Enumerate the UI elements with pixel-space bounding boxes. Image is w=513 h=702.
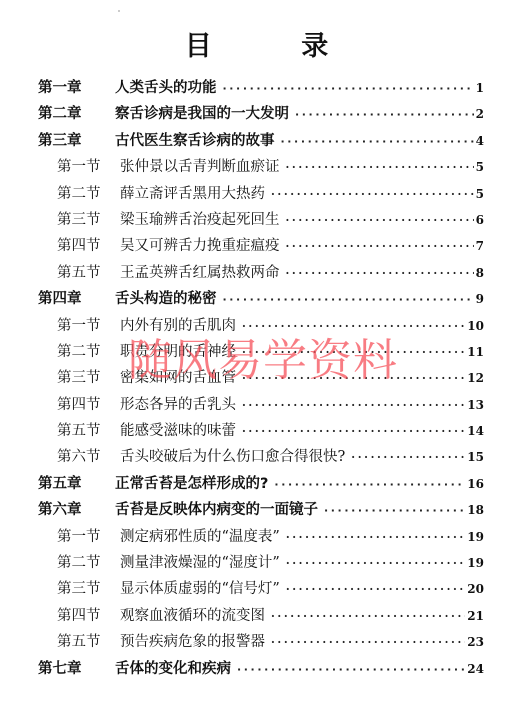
entry-title: 王孟英辨舌红属热救两命 [120,261,280,282]
entry-number: 第一节 [57,525,120,546]
dot-leader [242,425,465,438]
dot-leader [223,82,474,95]
page-number: 9 [476,292,484,306]
table-of-contents: 第一章人类舌头的功能1第二章察舌诊病是我国的一大发明2第三章古代医生察舌诊病的故… [38,76,484,683]
page-number: 4 [476,134,484,148]
toc-chapter-entry[interactable]: 第一章人类舌头的功能1 [38,76,484,102]
dot-leader [274,478,465,491]
entry-title: 舌头咬破后为什么伤口愈合得很快? [120,445,345,466]
page-number: 18 [467,503,484,517]
dot-leader [271,636,465,649]
entry-number: 第四章 [38,287,115,308]
page-number: 5 [476,160,484,174]
page-number: 19 [467,530,484,544]
toc-chapter-entry[interactable]: 第四章舌头构造的秘密9 [38,287,484,313]
page-number: 13 [467,398,484,412]
page-number: 16 [467,477,484,491]
entry-title: 舌苔是反映体内病变的一面镜子 [115,498,318,519]
entry-title: 薛立斋评舌黑用大热药 [120,182,265,203]
dot-leader [271,610,465,623]
page-number: 21 [467,609,484,623]
toc-section-entry[interactable]: 第二节职责分明的舌神经11 [38,340,484,366]
dot-leader [286,583,465,596]
dot-leader [237,663,465,676]
dot-leader [271,188,474,201]
dot-leader [286,240,474,253]
toc-section-entry[interactable]: 第三节梁玉瑜辨舌治疫起死回生6 [38,208,484,234]
entry-number: 第一章 [38,76,115,97]
entry-title: 观察血液循环的流变图 [120,604,265,625]
entry-number: 第五节 [57,630,120,651]
page-number: 2 [476,107,484,121]
toc-section-entry[interactable]: 第四节观察血液循环的流变图21 [38,604,484,630]
toc-section-entry[interactable]: 第六节舌头咬破后为什么伤口愈合得很快?15 [38,445,484,471]
entry-title: 张仲景以舌青判断血瘀证 [120,155,280,176]
entry-number: 第五节 [57,419,120,440]
entry-number: 第七章 [38,657,115,678]
toc-section-entry[interactable]: 第四节形态各异的舌乳头13 [38,393,484,419]
dot-leader [286,214,474,227]
entry-number: 第二节 [57,551,120,572]
page-number: 6 [476,213,484,227]
dot-leader [286,531,465,544]
entry-title: 测定病邪性质的“温度表” [120,525,280,546]
page-number: 1 [476,81,484,95]
toc-section-entry[interactable]: 第一节内外有别的舌肌肉10 [38,314,484,340]
toc-section-entry[interactable]: 第五节预告疾病危象的报警器23 [38,630,484,656]
page-number: 14 [467,424,484,438]
entry-title: 察舌诊病是我国的一大发明 [115,102,289,123]
toc-section-entry[interactable]: 第三节密集如网的舌血管12 [38,366,484,392]
entry-number: 第三节 [57,366,120,387]
entry-title: 能感受滋味的味蕾 [120,419,236,440]
entry-title: 古代医生察舌诊病的故事 [115,129,275,150]
toc-section-entry[interactable]: 第一节张仲景以舌青判断血瘀证5 [38,155,484,181]
toc-chapter-entry[interactable]: 第五章正常舌苔是怎样形成的?16 [38,472,484,498]
dot-leader [223,293,474,306]
toc-chapter-entry[interactable]: 第六章舌苔是反映体内病变的一面镜子18 [38,498,484,524]
page-number: 8 [476,266,484,280]
page-number: 23 [467,635,484,649]
entry-number: 第六节 [57,445,120,466]
page-number: 11 [467,345,484,359]
dot-leader [295,108,474,121]
toc-section-entry[interactable]: 第二节薛立斋评舌黑用大热药5 [38,182,484,208]
scan-speck [118,10,120,12]
dot-leader [286,161,474,174]
dot-leader [286,267,474,280]
toc-section-entry[interactable]: 第一节测定病邪性质的“温度表”19 [38,525,484,551]
entry-number: 第一节 [57,314,120,335]
toc-section-entry[interactable]: 第三节显示体质虚弱的“信号灯”20 [38,577,484,603]
entry-title: 吴又可辨舌力挽重症瘟疫 [120,234,280,255]
entry-title: 密集如网的舌血管 [120,366,236,387]
entry-title: 舌头构造的秘密 [115,287,217,308]
page-number: 19 [467,556,484,570]
entry-number: 第六章 [38,498,115,519]
entry-title: 正常舌苔是怎样形成的? [115,472,268,493]
toc-chapter-entry[interactable]: 第三章古代医生察舌诊病的故事4 [38,129,484,155]
page-title: 目 录 [0,24,513,63]
entry-title: 梁玉瑜辨舌治疫起死回生 [120,208,280,229]
toc-chapter-entry[interactable]: 第二章察舌诊病是我国的一大发明2 [38,102,484,128]
entry-title: 人类舌头的功能 [115,76,217,97]
entry-number: 第三章 [38,129,115,150]
entry-number: 第一节 [57,155,120,176]
entry-number: 第三节 [57,208,120,229]
toc-section-entry[interactable]: 第四节吴又可辨舌力挽重症瘟疫7 [38,234,484,260]
entry-title: 形态各异的舌乳头 [120,393,236,414]
entry-number: 第二节 [57,340,120,361]
entry-number: 第四节 [57,234,120,255]
entry-number: 第二节 [57,182,120,203]
page-number: 5 [476,187,484,201]
page-number: 12 [467,371,484,385]
entry-number: 第二章 [38,102,115,123]
toc-section-entry[interactable]: 第五节王孟英辨舌红属热救两命8 [38,261,484,287]
entry-number: 第五章 [38,472,115,493]
dot-leader [242,399,465,412]
entry-title: 显示体质虚弱的“信号灯” [120,577,280,598]
page-number: 24 [467,662,484,676]
toc-section-entry[interactable]: 第五节能感受滋味的味蕾14 [38,419,484,445]
entry-title: 内外有别的舌肌肉 [120,314,236,335]
entry-number: 第四节 [57,393,120,414]
entry-title: 职责分明的舌神经 [120,340,236,361]
page-number: 10 [467,319,484,333]
toc-section-entry[interactable]: 第二节测量津液燥湿的“湿度计”19 [38,551,484,577]
dot-leader [286,557,465,570]
page-number: 7 [476,239,484,253]
dot-leader [242,346,465,359]
page-number: 20 [467,582,484,596]
entry-title: 预告疾病危象的报警器 [120,630,265,651]
dot-leader [242,372,465,385]
toc-chapter-entry[interactable]: 第七章舌体的变化和疾病24 [38,657,484,683]
dot-leader [242,320,465,333]
entry-title: 舌体的变化和疾病 [115,657,231,678]
page-number: 15 [467,450,484,464]
dot-leader [351,451,465,464]
dot-leader [281,135,474,148]
entry-number: 第三节 [57,577,120,598]
entry-number: 第四节 [57,604,120,625]
dot-leader [324,504,465,517]
entry-number: 第五节 [57,261,120,282]
entry-title: 测量津液燥湿的“湿度计” [120,551,280,572]
